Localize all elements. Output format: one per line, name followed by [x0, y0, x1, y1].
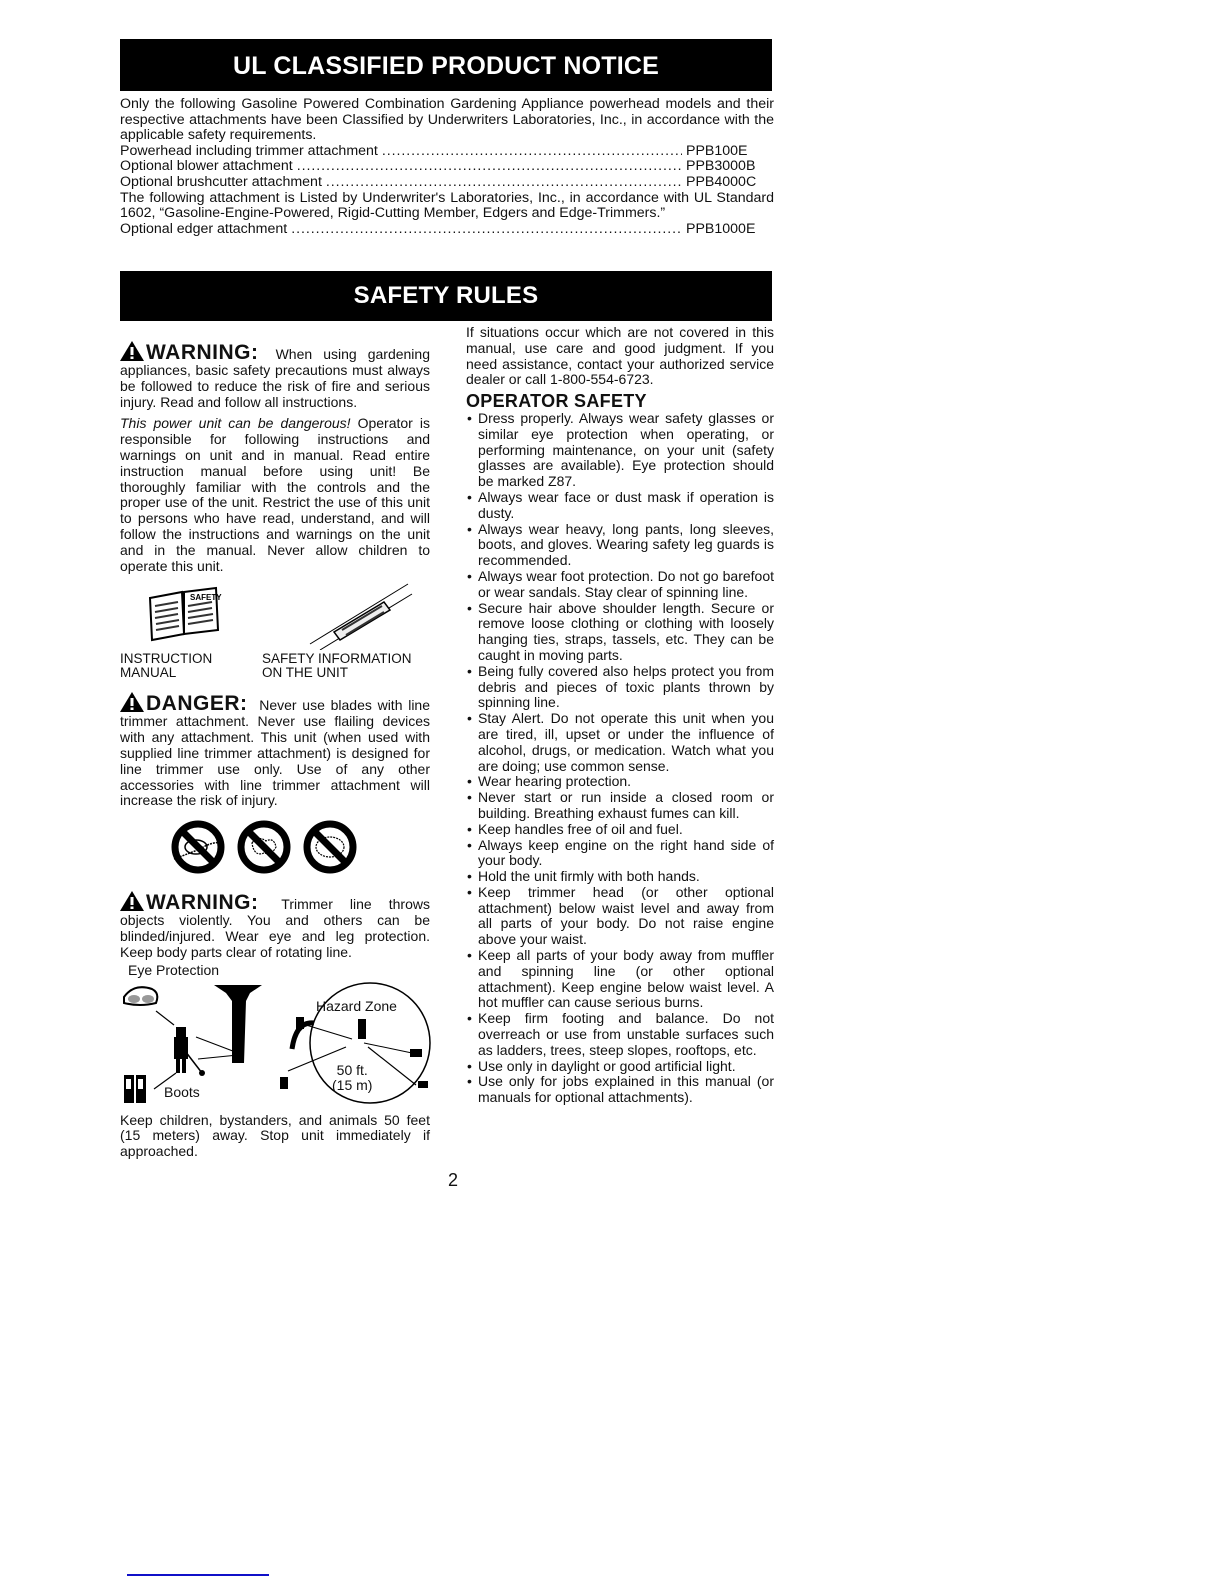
model-number: PPB100E [686, 144, 774, 160]
no-blade-icon [236, 819, 292, 875]
figure-labels: INSTRUCTION MANUAL SAFETY INFORMATION ON… [120, 652, 430, 680]
hazard-zone-label: Hazard Zone [316, 999, 397, 1015]
list-item: Hold the unit firmly with both hands. [466, 869, 774, 885]
list-item: Stay Alert. Do not operate this unit whe… [466, 711, 774, 774]
list-item: Always wear foot protection. Do not go b… [466, 569, 774, 601]
model-number: PPB3000B [686, 159, 774, 175]
safety-info-label: SAFETY INFORMATION ON THE UNIT [262, 652, 412, 680]
signal-word-warning: WARNING: [146, 341, 259, 364]
signal-word-danger: DANGER: [146, 692, 248, 715]
model-row: Optional blower attachment PPB3000B [120, 159, 774, 175]
safety-right-column: If situations occur which are not covere… [466, 325, 774, 1106]
list-item: Keep trimmer head (or other optional att… [466, 885, 774, 948]
leader-dots [326, 175, 682, 191]
situations-paragraph: If situations occur which are not covere… [466, 325, 774, 388]
list-item: Never start or run inside a closed room … [466, 790, 774, 822]
operator-safety-list: Dress properly. Always wear safety glass… [466, 411, 774, 1106]
safety-left-column: WARNING: When using gardening appliances… [120, 325, 430, 1160]
list-item: Always wear face or dust mask if operati… [466, 490, 774, 522]
operator-figure [174, 1027, 205, 1076]
boots-label: Boots [164, 1085, 200, 1101]
hazard-zone-figure: Eye Protection [120, 961, 430, 1109]
safety-rules-title-bar: SAFETY RULES [120, 271, 772, 321]
alert-triangle-icon [120, 341, 144, 361]
ul-listed-text: The following attachment is Listed by Un… [120, 191, 774, 222]
footer-link-underline[interactable] [127, 1574, 269, 1576]
list-item: Dress properly. Always wear safety glass… [466, 411, 774, 490]
safety-rules-title: SAFETY RULES [354, 282, 539, 309]
list-item: Always wear heavy, long pants, long slee… [466, 522, 774, 569]
danger-blades: DANGER: Never use blades with line trimm… [120, 692, 430, 809]
warning-trimmer-line: WARNING: Trimmer line throws objects vio… [120, 891, 430, 960]
danger-notice-paragraph: This power unit can be dangerous! Operat… [120, 416, 430, 574]
manual-figures: SAFETY [120, 580, 430, 650]
list-item: Use only in daylight or good artificial … [466, 1059, 774, 1075]
leader-dots [382, 144, 682, 160]
model-number: PPB4000C [686, 175, 774, 191]
list-item: Being fully covered also helps protect y… [466, 664, 774, 711]
goggles-icon [124, 987, 157, 1005]
warning-general: WARNING: When using gardening appliances… [120, 341, 430, 410]
alert-triangle-icon [120, 692, 144, 712]
boots-icon [124, 1075, 146, 1103]
list-item: Keep handles free of oil and fuel. [466, 822, 774, 838]
alert-triangle-icon [120, 891, 144, 911]
no-disc-icon [302, 819, 358, 875]
instruction-manual-label: INSTRUCTION MANUAL [120, 652, 262, 680]
ul-notice-title: UL CLASSIFIED PRODUCT NOTICE [233, 52, 659, 80]
page-number: 2 [448, 1170, 458, 1191]
no-flail-icon [170, 819, 226, 875]
ul-notice-intro: Only the following Gasoline Powered Comb… [120, 97, 774, 144]
list-item: Use only for jobs explained in this manu… [466, 1074, 774, 1106]
list-item: Keep firm footing and balance. Do not ov… [466, 1011, 774, 1058]
model-row: Powerhead including trimmer attachment P… [120, 144, 774, 160]
keep-away-paragraph: Keep children, bystanders, and animals 5… [120, 1113, 430, 1160]
ul-notice-title-bar: UL CLASSIFIED PRODUCT NOTICE [120, 39, 772, 91]
model-row: Optional brushcutter attachment PPB4000C [120, 175, 774, 191]
leader-dots [297, 159, 682, 175]
list-item: Keep all parts of your body away from mu… [466, 948, 774, 1011]
distance-label: 50 ft. (15 m) [332, 1063, 372, 1093]
signal-word-warning: WARNING: [146, 891, 259, 914]
list-item: Secure hair above shoulder length. Secur… [466, 601, 774, 664]
leader-dots [291, 222, 682, 238]
list-item: Wear hearing protection. [466, 774, 774, 790]
instruction-manual-icon: SAFETY [146, 586, 222, 642]
operator-safety-heading: OPERATOR SAFETY [466, 394, 774, 410]
svg-text:SAFETY: SAFETY [190, 593, 222, 602]
prohibited-attachments [170, 819, 430, 875]
safety-label-on-unit-icon [304, 574, 414, 650]
model-number: PPB1000E [686, 222, 774, 238]
ul-notice-body: Only the following Gasoline Powered Comb… [120, 97, 774, 237]
model-row: Optional edger attachment PPB1000E [120, 222, 774, 238]
list-item: Always keep engine on the right hand sid… [466, 838, 774, 870]
